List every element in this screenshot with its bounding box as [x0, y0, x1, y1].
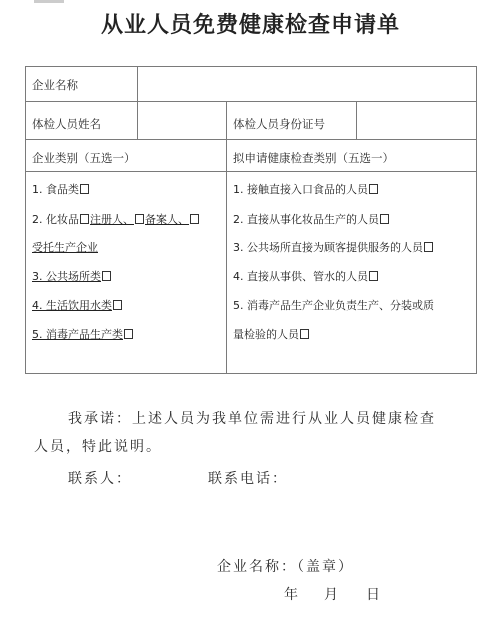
exam-category-option-4[interactable]: 4. 直接从事供、管水的人员: [233, 268, 379, 284]
examinee-id-label: 体检人员身份证号: [233, 116, 325, 132]
checkbox-registrant[interactable]: [80, 214, 89, 224]
date-day-label: 日: [366, 584, 382, 604]
examinee-name-label: 体检人员姓名: [32, 116, 101, 132]
row-divider: [26, 171, 477, 172]
company-category-option-5[interactable]: 5. 消毒产品生产类: [32, 326, 134, 342]
contact-phone-label: 联系电话：: [208, 468, 288, 488]
checkbox[interactable]: [80, 184, 89, 194]
exam-category-option-1[interactable]: 1. 接触直接入口食品的人员: [233, 181, 379, 197]
column-divider: [226, 101, 227, 374]
contact-person-field[interactable]: [140, 466, 200, 486]
checkbox-filer[interactable]: [135, 214, 144, 224]
company-name-label: 企业名称: [32, 77, 78, 93]
checkbox[interactable]: [113, 300, 122, 310]
contact-person-label: 联系人：: [68, 468, 132, 488]
checkbox[interactable]: [102, 271, 111, 281]
checkbox[interactable]: [380, 214, 389, 224]
pledge-line-1: 我承诺：上述人员为我单位需进行从业人员健康检查: [68, 408, 436, 428]
examinee-id-field[interactable]: [357, 102, 477, 139]
checkbox-contract-manufacturer[interactable]: [190, 214, 199, 224]
checkbox[interactable]: [124, 329, 133, 339]
examinee-name-field[interactable]: [138, 102, 226, 139]
company-category-option-2[interactable]: 2. 化妆品注册人、备案人、: [32, 211, 200, 227]
company-name-field[interactable]: [138, 67, 477, 101]
company-category-header: 企业类别（五选一）: [32, 150, 136, 166]
checkbox[interactable]: [369, 184, 378, 194]
checkbox[interactable]: [300, 329, 309, 339]
company-category-option-4[interactable]: 4. 生活饮用水类: [32, 297, 123, 313]
document-title: 从业人员免费健康检查申请单: [0, 8, 501, 39]
company-category-option-3[interactable]: 3. 公共场所类: [32, 268, 112, 284]
exam-category-option-3[interactable]: 3. 公共场所直接为顾客提供服务的人员: [233, 239, 434, 255]
exam-category-option-5-cont[interactable]: 量检验的人员: [233, 326, 310, 342]
exam-category-header: 拟申请健康检查类别（五选一）: [233, 150, 394, 166]
exam-category-option-2[interactable]: 2. 直接从事化妆品生产的人员: [233, 211, 390, 227]
date-month-label: 月: [324, 584, 340, 604]
exam-category-option-5[interactable]: 5. 消毒产品生产企业负责生产、分装或质: [233, 297, 434, 313]
pledge-line-2: 人员，特此说明。: [34, 436, 162, 456]
company-seal-label: 企业名称：（盖章）: [217, 556, 354, 576]
date-year-label: 年: [284, 584, 300, 604]
checkbox[interactable]: [424, 242, 433, 252]
company-category-option-1[interactable]: 1. 食品类: [32, 181, 90, 197]
checkbox[interactable]: [369, 271, 378, 281]
company-category-option-2-cont: 受托生产企业: [32, 239, 98, 255]
application-form-table: 企业名称 体检人员姓名 体检人员身份证号 企业类别（五选一） 拟申请健康检查类别…: [25, 66, 477, 374]
scan-artifact: [34, 0, 64, 3]
row-divider: [26, 139, 477, 140]
contact-phone-field[interactable]: [290, 466, 430, 486]
